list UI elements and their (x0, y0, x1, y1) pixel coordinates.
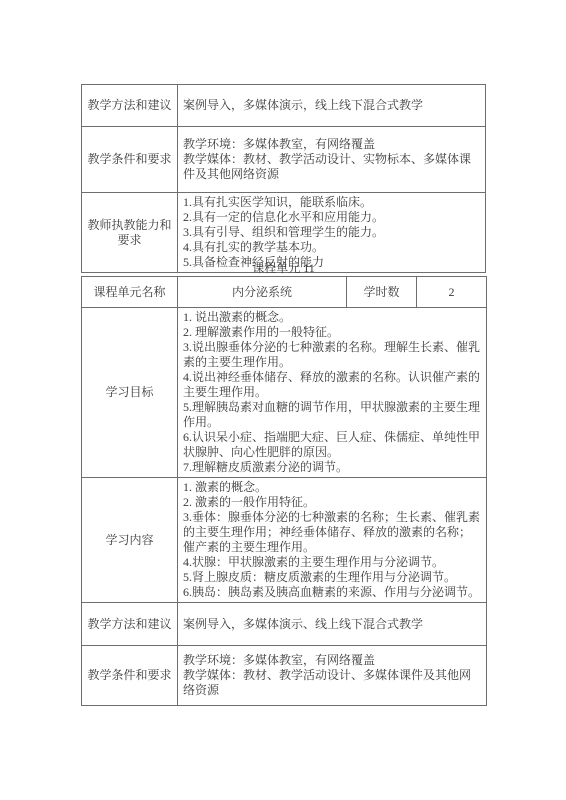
row-label-teaching-conditions: 教学条件和要求 (82, 646, 178, 706)
row-content-teaching-conditions: 教学环境：多媒体教室，有网络覆盖 教学媒体：教材、教学活动设计、多媒体课件及其他… (178, 646, 487, 706)
row-content-teaching-method: 案例导入，多媒体演示、线上线下混合式教学 (178, 603, 487, 646)
table-row: 教学条件和要求 教学环境：多媒体教室，有网络覆盖 教学媒体：教材、教学活动设计、… (82, 646, 487, 706)
table-row: 教学方法和建议 案例导入，多媒体演示、线上线下混合式教学 (82, 603, 487, 646)
unit-name-label-cell: 课程单元名称 (82, 277, 178, 308)
table-row: 教学条件和要求 教学环境：多媒体教室，有网络覆盖 教学媒体：教材、教学活动设计、… (82, 127, 486, 193)
row-label-learning-content: 学习内容 (82, 478, 178, 603)
row-label-teaching-method: 教学方法和建议 (82, 85, 178, 127)
hours-value-cell: 2 (417, 277, 487, 308)
document-page: 教学方法和建议 案例导入，多媒体演示，线上线下混合式教学 教学条件和要求 教学环… (0, 0, 566, 800)
table-row: 学习内容 1. 激素的概念。 2. 激素的一般作用特征。 3.垂体：腺垂体分泌的… (82, 478, 487, 603)
row-label-teaching-conditions: 教学条件和要求 (82, 127, 178, 193)
row-content-learning-goals: 1. 说出激素的概念。 2. 理解激素作用的一般特征。 3.说出腺垂体分泌的七种… (178, 308, 487, 478)
course-unit-table: 课程单元名称 内分泌系统 学时数 2 学习目标 1. 说出激素的概念。 2. 理… (81, 276, 487, 706)
table-row: 学习目标 1. 说出激素的概念。 2. 理解激素作用的一般特征。 3.说出腺垂体… (82, 308, 487, 478)
row-label-learning-goals: 学习目标 (82, 308, 178, 478)
hours-label-cell: 学时数 (347, 277, 417, 308)
unit-caption: 课程单元 11 (81, 260, 486, 276)
row-content-learning-content: 1. 激素的概念。 2. 激素的一般作用特征。 3.垂体：腺垂体分泌的七种激素的… (178, 478, 487, 603)
row-content-teaching-method: 案例导入，多媒体演示，线上线下混合式教学 (178, 85, 486, 127)
unit-name-value-cell: 内分泌系统 (178, 277, 347, 308)
table-row: 教学方法和建议 案例导入，多媒体演示，线上线下混合式教学 (82, 85, 486, 127)
table-header-row: 课程单元名称 内分泌系统 学时数 2 (82, 277, 487, 308)
row-label-teaching-method: 教学方法和建议 (82, 603, 178, 646)
row-content-teaching-conditions: 教学环境：多媒体教室，有网络覆盖 教学媒体：教材、教学活动设计、实物标本、多媒体… (178, 127, 486, 193)
teaching-info-table: 教学方法和建议 案例导入，多媒体演示，线上线下混合式教学 教学条件和要求 教学环… (81, 84, 486, 273)
